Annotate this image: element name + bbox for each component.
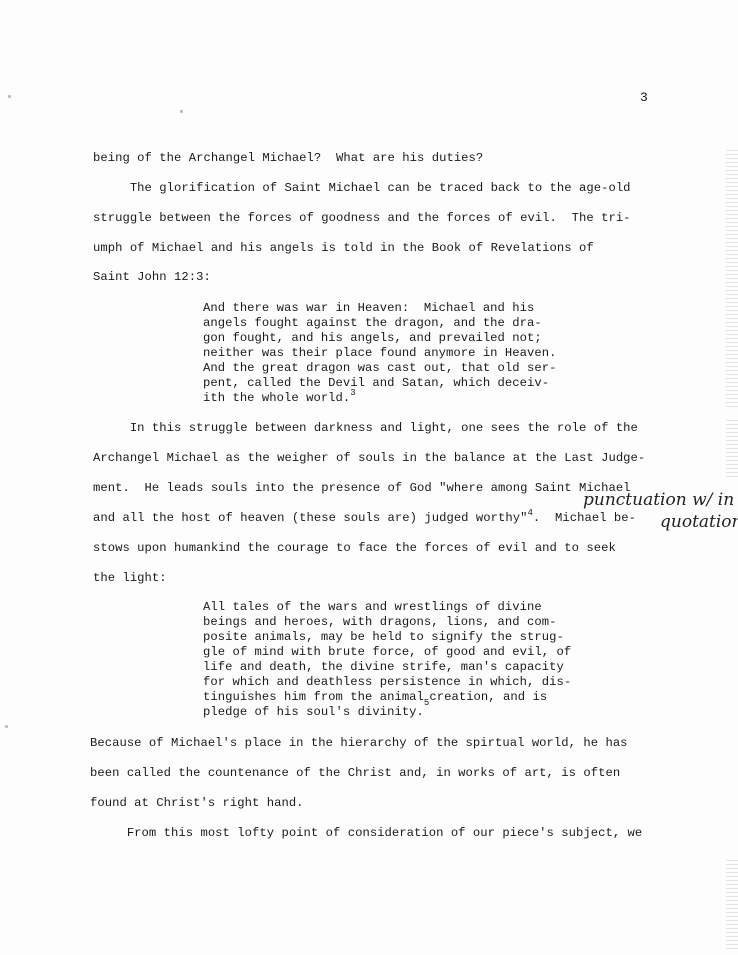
line-text: . Michael be- (533, 511, 636, 525)
text-line: The glorification of Saint Michael can b… (93, 181, 631, 195)
quote-line: neither was their place found anymore in… (203, 346, 556, 360)
text-line: From this most lofty point of considerat… (90, 826, 642, 840)
text-line: struggle between the forces of goodness … (93, 211, 631, 225)
text-line: and all the host of heaven (these souls … (93, 511, 636, 525)
text-line: found at Christ's right hand. (90, 796, 304, 810)
quote-line: And the great dragon was cast out, that … (203, 361, 556, 375)
handwritten-annotation-line2: quotation (660, 512, 738, 532)
scan-speck (8, 95, 11, 98)
text-line: the light: (93, 571, 167, 585)
footnote-marker: 4 (527, 508, 532, 518)
text-line: Saint John 12:3: (93, 270, 211, 284)
footnote-marker: 3 (350, 388, 355, 398)
scan-edge-artifact (726, 150, 738, 410)
text-line: Archangel Michael as the weigher of soul… (93, 451, 645, 465)
scan-speck (5, 725, 8, 728)
text-line: been called the countenance of the Chris… (90, 766, 620, 780)
quote-line: life and death, the divine strife, man's… (203, 660, 564, 674)
quote-line: tinguishes him from the animal5creation,… (203, 690, 547, 704)
quote-line: gon fought, and his angels, and prevaile… (203, 331, 542, 345)
quote-line: posite animals, may be held to signify t… (203, 630, 564, 644)
quote-text: tinguishes him from the animal (203, 690, 424, 704)
text-line: umph of Michael and his angels is told i… (93, 241, 594, 255)
footnote-marker: 5 (424, 698, 429, 708)
line-text: and all the host of heaven (these souls … (93, 511, 527, 525)
page-number: 3 (640, 90, 648, 105)
text-line: being of the Archangel Michael? What are… (93, 151, 483, 165)
text-line: Because of Michael's place in the hierar… (90, 736, 628, 750)
text-line: ment. He leads souls into the presence o… (93, 481, 631, 495)
quote-line: angels fought against the dragon, and th… (203, 316, 542, 330)
quote-line: All tales of the wars and wrestlings of … (203, 600, 542, 614)
quote-line: And there was war in Heaven: Michael and… (203, 301, 534, 315)
quote-line: for which and deathless persistence in w… (203, 675, 571, 689)
text-line: stows upon humankind the courage to face… (93, 541, 616, 555)
quote-line: ith the whole world.3 (203, 391, 356, 405)
text-line: In this struggle between darkness and li… (93, 421, 638, 435)
scan-edge-artifact (726, 420, 738, 480)
quote-line: beings and heroes, with dragons, lions, … (203, 615, 556, 629)
quote-text: creation, and is (429, 690, 547, 704)
scan-edge-artifact (726, 860, 738, 950)
handwritten-annotation-line1: punctuation w/ in (583, 490, 734, 510)
quote-line: gle of mind with brute force, of good an… (203, 645, 571, 659)
quote-text: ith the whole world. (203, 391, 350, 405)
quote-line: pent, called the Devil and Satan, which … (203, 376, 549, 390)
quote-line: pledge of his soul's divinity. (203, 705, 424, 719)
scan-speck (180, 110, 183, 113)
